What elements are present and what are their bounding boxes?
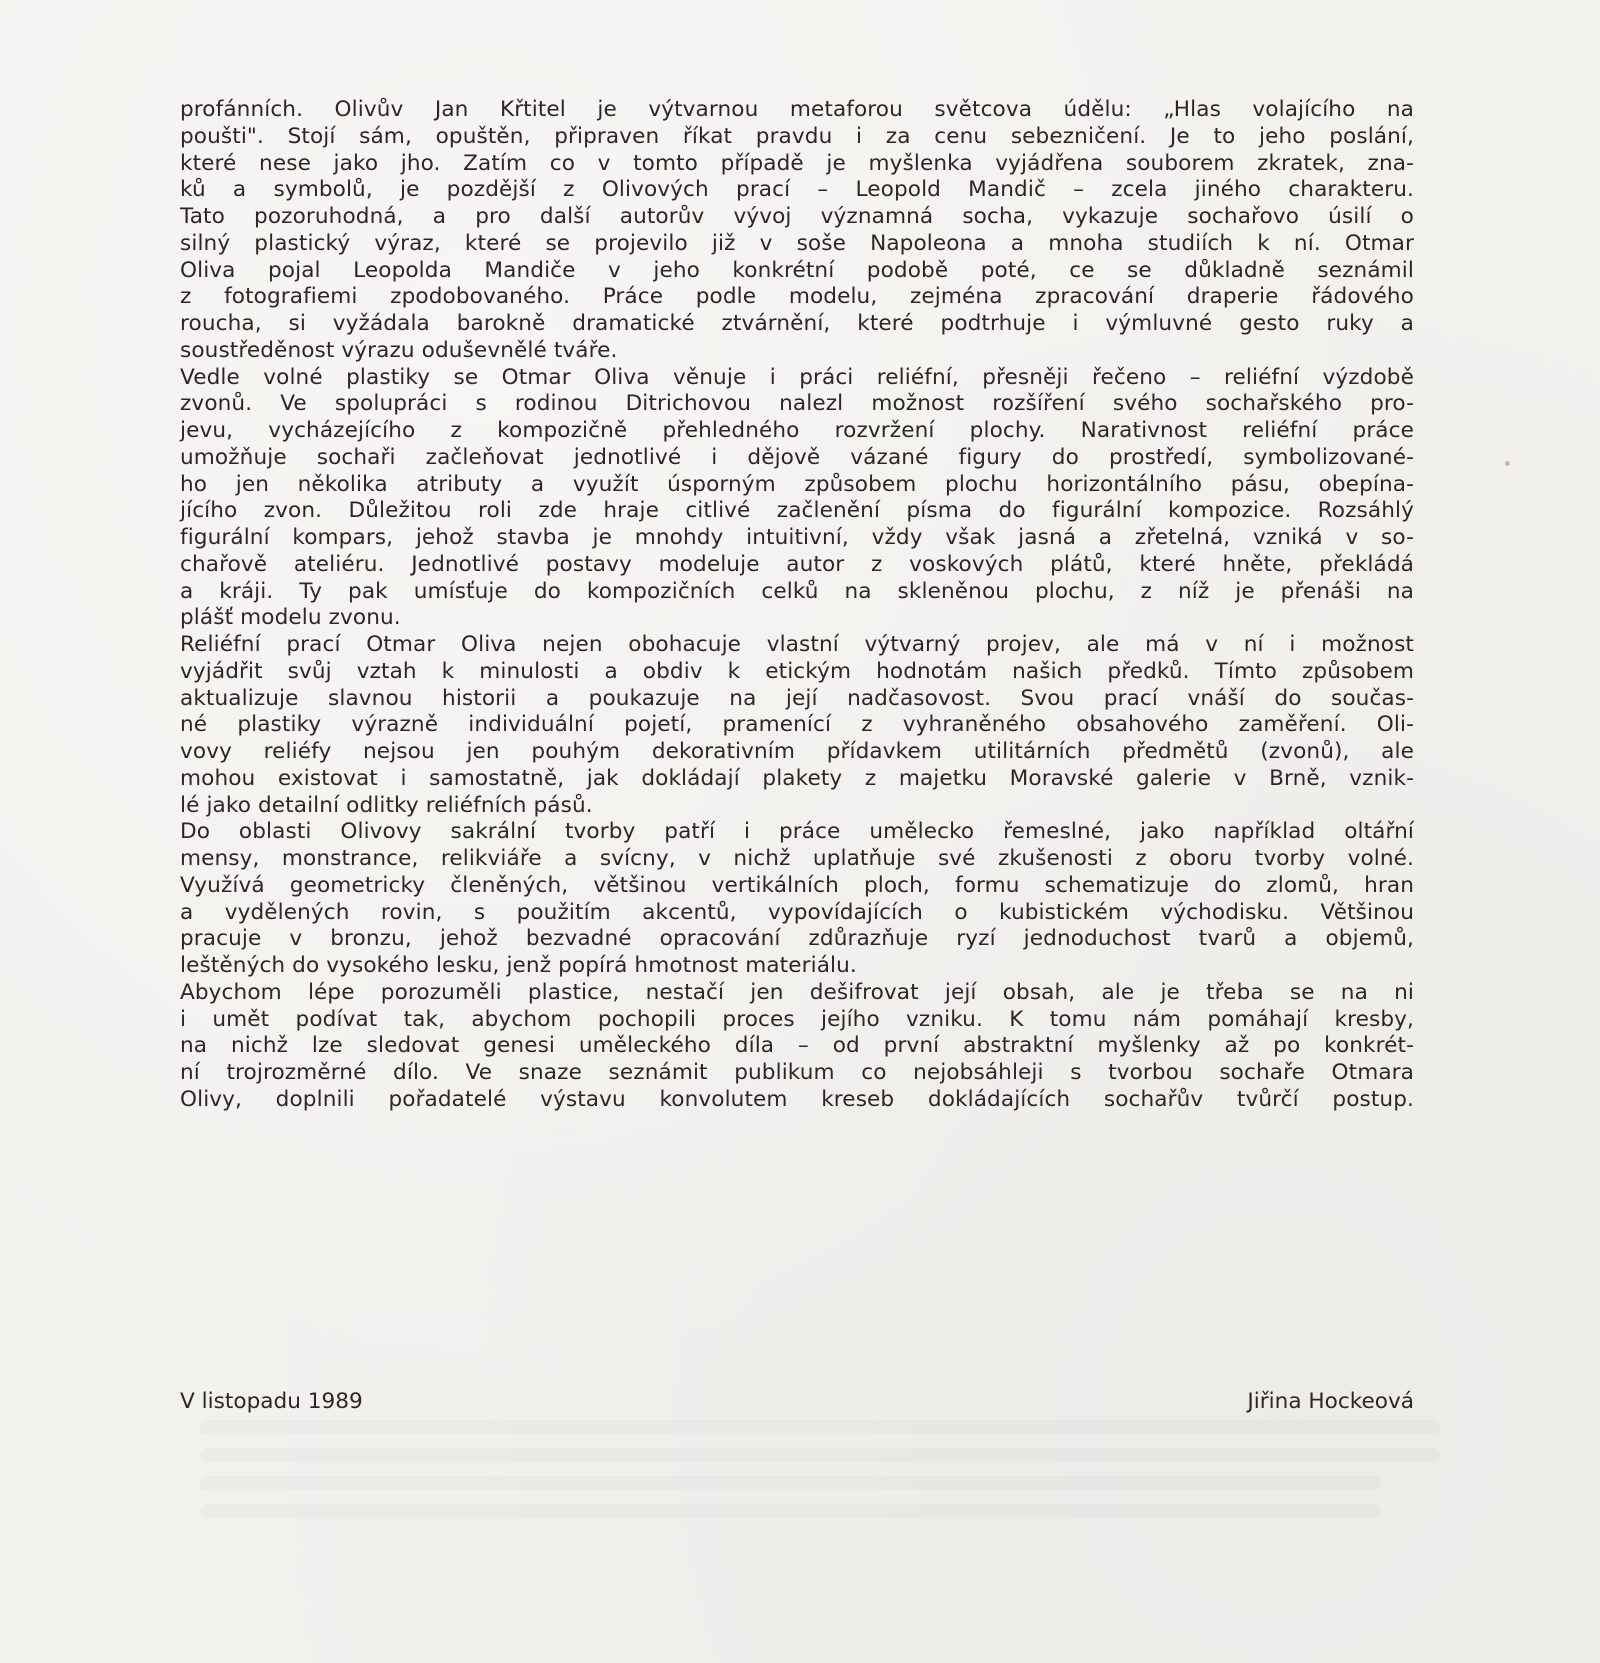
text-line: chařově ateliéru. Jednotlivé postavy mod… xyxy=(180,552,1414,579)
text-line: Abychom lépe porozuměli plastice, nestač… xyxy=(180,980,1414,1007)
text-line: i umět podívat tak, abychom pochopili pr… xyxy=(180,1007,1414,1034)
signature-line: V listopadu 1989 Jiřina Hockeová xyxy=(180,1388,1414,1416)
text-line: Tato pozoruhodná, a pro další autorův vý… xyxy=(180,204,1414,231)
text-line: Vedle volné plastiky se Otmar Oliva věnu… xyxy=(180,365,1414,392)
paragraph: Do oblasti Olivovy sakrální tvorby patří… xyxy=(180,819,1414,980)
text-line: mohou existovat i samostatně, jak doklád… xyxy=(180,766,1414,793)
text-line: ků a symbolů, je pozdější z Olivových pr… xyxy=(180,177,1414,204)
text-line: poušti". Stojí sám, opuštěn, připraven ř… xyxy=(180,124,1414,151)
text-line: a kráji. Ty pak umísťuje do kompozičních… xyxy=(180,579,1414,606)
text-line: mensy, monstrance, relikviáře a svícny, … xyxy=(180,846,1414,873)
text-line: ho jen několika atributy a využít úsporn… xyxy=(180,472,1414,499)
signature-date: V listopadu 1989 xyxy=(180,1388,363,1416)
article-body: profánních. Olivův Jan Křtitel je výtvar… xyxy=(180,97,1414,1114)
text-line: Využívá geometricky členěných, většinou … xyxy=(180,873,1414,900)
bleed-through-artifact xyxy=(200,1476,1380,1490)
text-line: které nese jako jho. Zatím co v tomto př… xyxy=(180,151,1414,178)
bleed-through-artifact xyxy=(200,1420,1440,1434)
text-line: a vydělených rovin, s použitím akcentů, … xyxy=(180,900,1414,927)
text-line: aktualizuje slavnou historii a poukazuje… xyxy=(180,686,1414,713)
text-line: profánních. Olivův Jan Křtitel je výtvar… xyxy=(180,97,1414,124)
paragraph: Reliéfní prací Otmar Oliva nejen obohacu… xyxy=(180,632,1414,819)
text-line: figurální kompars, jehož stavba je mnohd… xyxy=(180,525,1414,552)
text-line: Olivy, doplnili pořadatelé výstavu konvo… xyxy=(180,1087,1414,1114)
paragraph: Abychom lépe porozuměli plastice, nestač… xyxy=(180,980,1414,1114)
text-line: plášť modelu zvonu. xyxy=(180,605,1414,632)
text-line: Do oblasti Olivovy sakrální tvorby patří… xyxy=(180,819,1414,846)
text-line: jevu, vycházejícího z kompozičně přehled… xyxy=(180,418,1414,445)
bleed-through-artifact xyxy=(200,1504,1380,1518)
signature-author: Jiřina Hockeová xyxy=(1247,1388,1414,1416)
text-line: soustředěnost výrazu oduševnělé tváře. xyxy=(180,338,1414,365)
paragraph: Vedle volné plastiky se Otmar Oliva věnu… xyxy=(180,365,1414,633)
text-line: silný plastický výraz, které se projevil… xyxy=(180,231,1414,258)
bleed-through-artifact xyxy=(200,1448,1440,1462)
paper-speck xyxy=(1505,461,1510,466)
text-line: leštěných do vysokého lesku, jenž popírá… xyxy=(180,953,1414,980)
scanned-page: profánních. Olivův Jan Křtitel je výtvar… xyxy=(0,0,1600,1663)
text-line: ní trojrozměrné dílo. Ve snaze seznámit … xyxy=(180,1060,1414,1087)
text-line: jícího zvon. Důležitou roli zde hraje ci… xyxy=(180,498,1414,525)
text-line: umožňuje sochaři začleňovat jednotlivé i… xyxy=(180,445,1414,472)
text-line: Oliva pojal Leopolda Mandiče v jeho konk… xyxy=(180,258,1414,285)
text-line: na nichž lze sledovat genesi uměleckého … xyxy=(180,1033,1414,1060)
text-line: pracuje v bronzu, jehož bezvadné opracov… xyxy=(180,926,1414,953)
text-line: z fotografiemi zpodobovaného. Práce podl… xyxy=(180,284,1414,311)
text-line: roucha, si vyžádala barokně dramatické z… xyxy=(180,311,1414,338)
text-line: Reliéfní prací Otmar Oliva nejen obohacu… xyxy=(180,632,1414,659)
text-line: né plastiky výrazně individuální pojetí,… xyxy=(180,712,1414,739)
paragraph: profánních. Olivův Jan Křtitel je výtvar… xyxy=(180,97,1414,365)
text-line: vyjádřit svůj vztah k minulosti a obdiv … xyxy=(180,659,1414,686)
text-line: zvonů. Ve spolupráci s rodinou Ditrichov… xyxy=(180,391,1414,418)
text-line: vovy reliéfy nejsou jen pouhým dekorativ… xyxy=(180,739,1414,766)
text-line: lé jako detailní odlitky reliéfních pásů… xyxy=(180,793,1414,820)
